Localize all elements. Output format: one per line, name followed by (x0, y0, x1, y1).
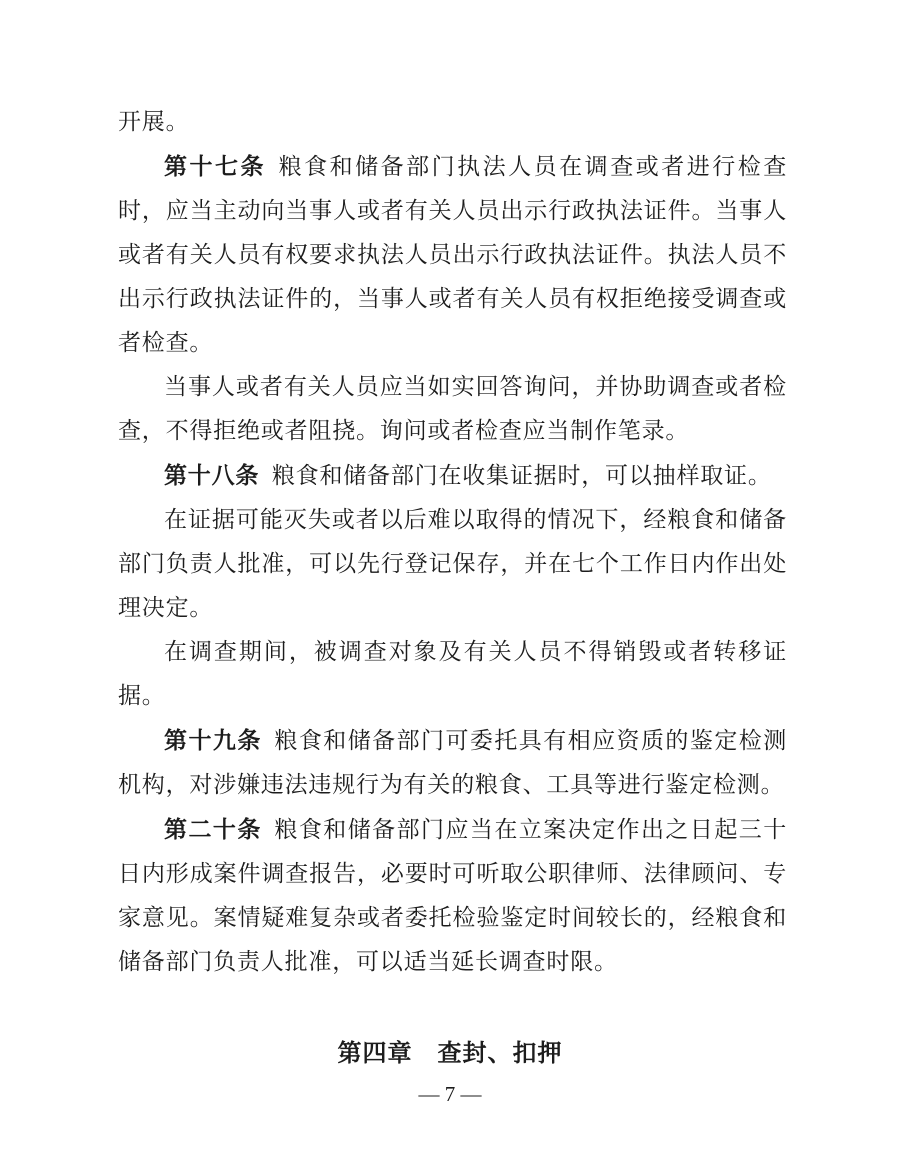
paragraph: 当事人或者有关人员应当如实回答询问，并协助调查或者检查，不得拒绝或者阻挠。询问或… (118, 365, 787, 453)
article-number: 第二十条 (164, 816, 262, 842)
paragraph: 在证据可能灭失或者以后难以取得的情况下，经粮食和储备部门负责人批准，可以先行登记… (118, 498, 787, 630)
chapter-heading: 第四章 查封、扣押 (0, 1038, 900, 1070)
paragraph: 在调查期间，被调查对象及有关人员不得销毁或者转移证据。 (118, 630, 787, 718)
paragraph: 第二十条粮食和储备部门应当在立案决定作出之日起三十日内形成案件调查报告，必要时可… (118, 807, 787, 984)
document-body: 开展。第十七条粮食和储备部门执法人员在调查或者进行检查时，应当主动向当事人或者有… (118, 100, 787, 984)
document-page: 开展。第十七条粮食和储备部门执法人员在调查或者进行检查时，应当主动向当事人或者有… (0, 0, 900, 1175)
paragraph-text: 在调查期间，被调查对象及有关人员不得销毁或者转移证据。 (118, 639, 787, 708)
paragraph: 第十八条粮食和储备部门在收集证据时，可以抽样取证。 (118, 453, 787, 498)
paragraph: 第十七条粮食和储备部门执法人员在调查或者进行检查时，应当主动向当事人或者有关人员… (118, 144, 787, 365)
paragraph-text: 当事人或者有关人员应当如实回答询问，并协助调查或者检查，不得拒绝或者阻挠。询问或… (118, 374, 787, 443)
paragraph-text: 开展。 (118, 109, 189, 134)
paragraph-text: 粮食和储备部门在收集证据时，可以抽样取证。 (272, 463, 772, 488)
page-number: — 7 — (0, 1080, 900, 1108)
paragraph: 第十九条粮食和储备部门可委托具有相应资质的鉴定检测机构，对涉嫌违法违规行为有关的… (118, 718, 787, 807)
paragraph-text: 粮食和储备部门执法人员在调查或者进行检查时，应当主动向当事人或者有关人员出示行政… (118, 154, 787, 355)
paragraph: 开展。 (118, 100, 787, 144)
paragraph-text: 在证据可能灭失或者以后难以取得的情况下，经粮食和储备部门负责人批准，可以先行登记… (118, 507, 787, 620)
article-number: 第十八条 (164, 462, 259, 488)
article-number: 第十七条 (164, 153, 266, 179)
article-number: 第十九条 (164, 727, 262, 753)
